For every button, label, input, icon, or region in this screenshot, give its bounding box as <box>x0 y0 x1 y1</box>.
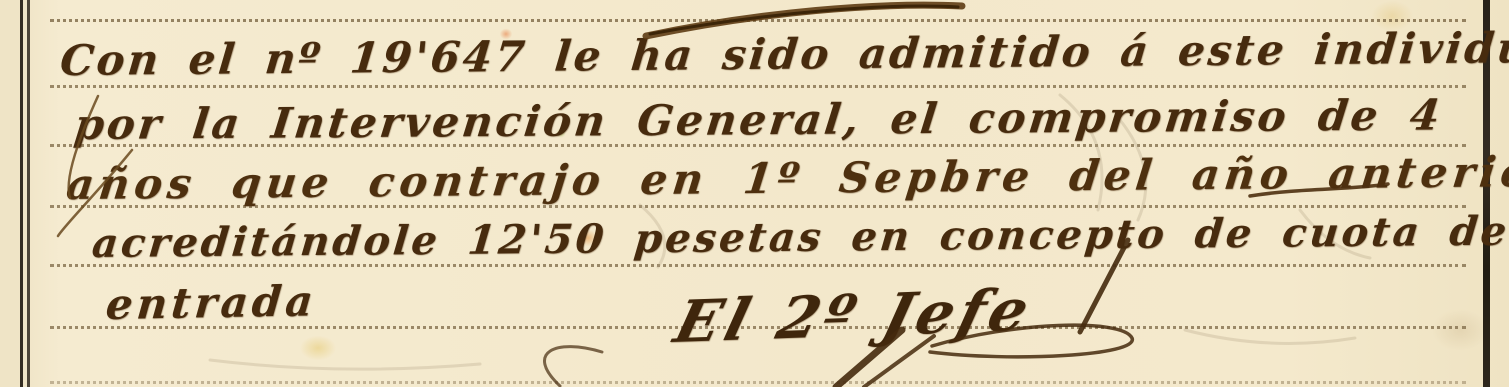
handwritten-line-3: años que contrajo en 1º Sepbre del año a… <box>64 147 1509 209</box>
left-margin-rule <box>20 0 23 387</box>
document-page: Con el nº 19'647 le ha sido admitido á e… <box>0 0 1509 387</box>
showthrough-marks <box>0 0 1509 387</box>
handwritten-line-1: Con el nº 19'647 le ha sido admitido á e… <box>58 23 1509 85</box>
pen-flourishes <box>0 0 1509 387</box>
signature-flourish <box>545 240 1133 387</box>
ruled-line <box>50 19 1466 22</box>
top-flourish <box>646 5 962 36</box>
ruled-line <box>50 381 1466 384</box>
ruled-line <box>50 144 1466 147</box>
ruled-line <box>50 326 1466 329</box>
handwritten-line-2: por la Intervención General, el compromi… <box>72 90 1445 149</box>
handwritten-line-4: acreditándole 12'50 pesetas en concepto … <box>90 208 1509 267</box>
line3-dash-flourish <box>1250 184 1388 196</box>
right-border-rule <box>1483 0 1490 387</box>
ruled-line <box>50 85 1466 88</box>
ruled-line <box>50 264 1466 267</box>
handwritten-line-5: entrada <box>104 276 319 329</box>
left-margin-strokes <box>58 96 132 236</box>
left-margin-rule-inner <box>27 0 30 387</box>
ruled-line <box>50 205 1466 208</box>
signature-title: El 2º Jefe <box>668 276 1041 356</box>
